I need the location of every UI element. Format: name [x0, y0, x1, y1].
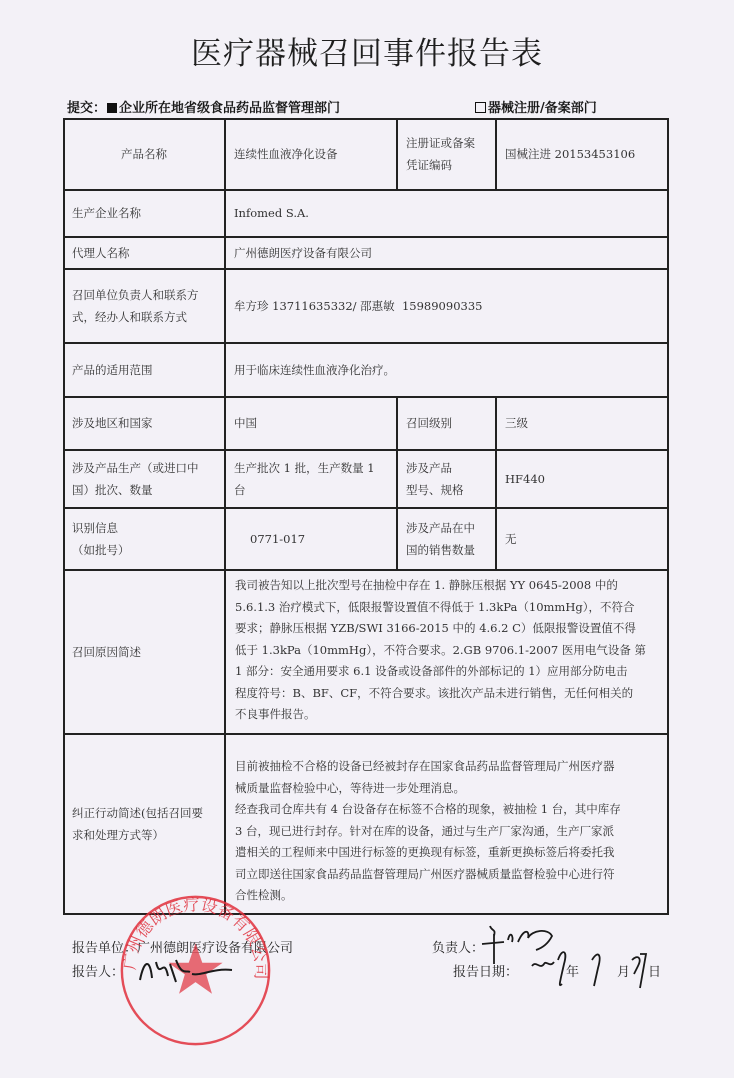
action-line: 遣相关的工程师来中国进行标签的更换现有标签，重新更换标签后将委托我 — [235, 842, 665, 864]
reporter-signature — [136, 950, 236, 990]
checkbox-checked-icon[interactable] — [107, 103, 117, 113]
document-title: 医疗器械召回事件报告表 — [0, 28, 734, 73]
id-info-label: 识别信息 （如批号） — [64, 508, 224, 569]
model-value: HF440 — [497, 450, 667, 507]
action-line: 合性检测。 — [235, 885, 665, 907]
reason-line: 我司被告知以上批次型号在抽检中存在 1. 静脉压根据 YY 0645-2008 … — [235, 575, 665, 597]
region-value: 中国 — [226, 397, 396, 449]
manufacturer-value: Infomed S.A. — [226, 190, 666, 236]
reason-label: 召回原因简述 — [64, 570, 224, 733]
region-label: 涉及地区和国家 — [64, 397, 224, 449]
batch-label-line2: 国）批次、数量 — [72, 479, 153, 501]
action-line: 3 台，现已进行封存。针对在库的设备，通过与生产厂家沟通，生产厂家派 — [235, 821, 665, 843]
product-name-label: 产品名称 — [64, 119, 224, 189]
responsible-label: 负责人： — [432, 937, 484, 956]
contact-value: 牟方珍 13711635332/ 邵惠敏 15989090335 — [226, 269, 666, 342]
submit-label: 提交： — [67, 101, 106, 116]
id-info-value: 0771-017 — [226, 508, 396, 569]
action-line: 经查我司仓库共有 4 台设备存在标签不合格的现象，被抽检 1 台，其中库存 — [235, 799, 665, 821]
checkbox-unchecked-icon[interactable] — [475, 102, 486, 113]
model-label-line1: 涉及产品 — [406, 457, 452, 479]
scope-value: 用于临床连续性血液净化治疗。 — [226, 343, 666, 396]
action-line: 司立即送往国家食品药品监督管理局广州医疗器械质量监督检验中心进行符 — [235, 864, 665, 886]
submit-alt: 器械注册/备案部门 — [474, 97, 597, 116]
action-label-line1: 纠正行动简述(包括召回要 — [72, 802, 203, 824]
sales-value: 无 — [497, 508, 667, 569]
product-name-value: 连续性血液净化设备 — [226, 119, 396, 189]
agent-value: 广州德朗医疗设备有限公司 — [226, 237, 666, 268]
recall-level-value: 三级 — [497, 397, 667, 449]
id-info-label-line1: 识别信息 — [72, 517, 118, 539]
reason-line: 要求；静脉压根据 YZB/SWI 3166-2015 中的 4.6.2 C）低限… — [235, 618, 665, 640]
reason-line: 低于 1.3kPa（10mmHg），不符合要求。2.GB 9706.1-2007… — [235, 640, 665, 662]
reg-no-value: 国械注进 20153453106 — [497, 119, 667, 189]
contact-label-line2: 式，经办人和联系方式 — [72, 306, 187, 328]
submit-option-provincial: 企业所在地省级食品药品监督管理部门 — [119, 101, 340, 116]
contact-label-line1: 召回单位负责人和联系方 — [72, 284, 199, 306]
action-label: 纠正行动简述(包括召回要 求和处理方式等） — [64, 734, 224, 913]
reason-line: 程度符号：B、BF、CF，不符合要求。该批次产品未进行销售，无任何相关的 — [235, 683, 665, 705]
sales-label: 涉及产品在中 国的销售数量 — [398, 508, 495, 569]
reason-line: 不良事件报告。 — [235, 704, 665, 726]
reg-no-label: 注册证或备案 凭证编码 — [398, 119, 495, 189]
batch-value-line1: 生产批次 1 批，生产数量 1 — [234, 457, 375, 479]
action-line: 械质量监督检验中心，等待进一步处理消息。 — [235, 778, 665, 800]
id-info-label-line2: （如批号） — [72, 539, 130, 561]
manufacturer-label: 生产企业名称 — [64, 190, 224, 236]
batch-label-line1: 涉及产品生产（或进口中 — [72, 457, 199, 479]
submit-line: 提交：企业所在地省级食品药品监督管理部门 — [67, 97, 340, 116]
scope-label: 产品的适用范围 — [64, 343, 224, 396]
batch-label: 涉及产品生产（或进口中 国）批次、数量 — [64, 450, 224, 507]
model-label: 涉及产品 型号、规格 — [398, 450, 495, 507]
batch-value: 生产批次 1 批，生产数量 1 台 — [226, 450, 396, 507]
recall-level-label: 召回级别 — [398, 397, 495, 449]
action-line: 目前被抽检不合格的设备已经被封存在国家食品药品监督管理局广州医疗器 — [235, 756, 665, 778]
table-border-right — [667, 118, 669, 914]
model-label-line2: 型号、规格 — [406, 479, 464, 501]
sales-label-line2: 国的销售数量 — [406, 539, 475, 561]
sales-label-line1: 涉及产品在中 — [406, 517, 475, 539]
agent-label: 代理人名称 — [64, 237, 224, 268]
action-label-line2: 求和处理方式等） — [72, 824, 164, 846]
reason-line: 1 部分：安全通用要求 6.1 设备或设备部件的外部标记的 1）应用部分防电击 — [235, 661, 665, 683]
batch-value-line2: 台 — [234, 479, 246, 501]
contact-label: 召回单位负责人和联系方 式，经办人和联系方式 — [64, 269, 224, 342]
action-text: 目前被抽检不合格的设备已经被封存在国家食品药品监督管理局广州医疗器 械质量监督检… — [235, 756, 665, 907]
reg-no-label-line1: 注册证或备案 — [406, 132, 475, 154]
reg-no-label-line2: 凭证编码 — [406, 154, 452, 176]
reason-text: 我司被告知以上批次型号在抽检中存在 1. 静脉压根据 YY 0645-2008 … — [235, 575, 665, 726]
reason-line: 5.6.1.3 治疗模式下，低限报警设置值不得低于 1.3kPa（10mmHg）… — [235, 597, 665, 619]
reporter-label: 报告人： — [72, 961, 124, 980]
date-handwriting — [528, 940, 668, 990]
submit-option-registration: 器械注册/备案部门 — [488, 101, 597, 116]
